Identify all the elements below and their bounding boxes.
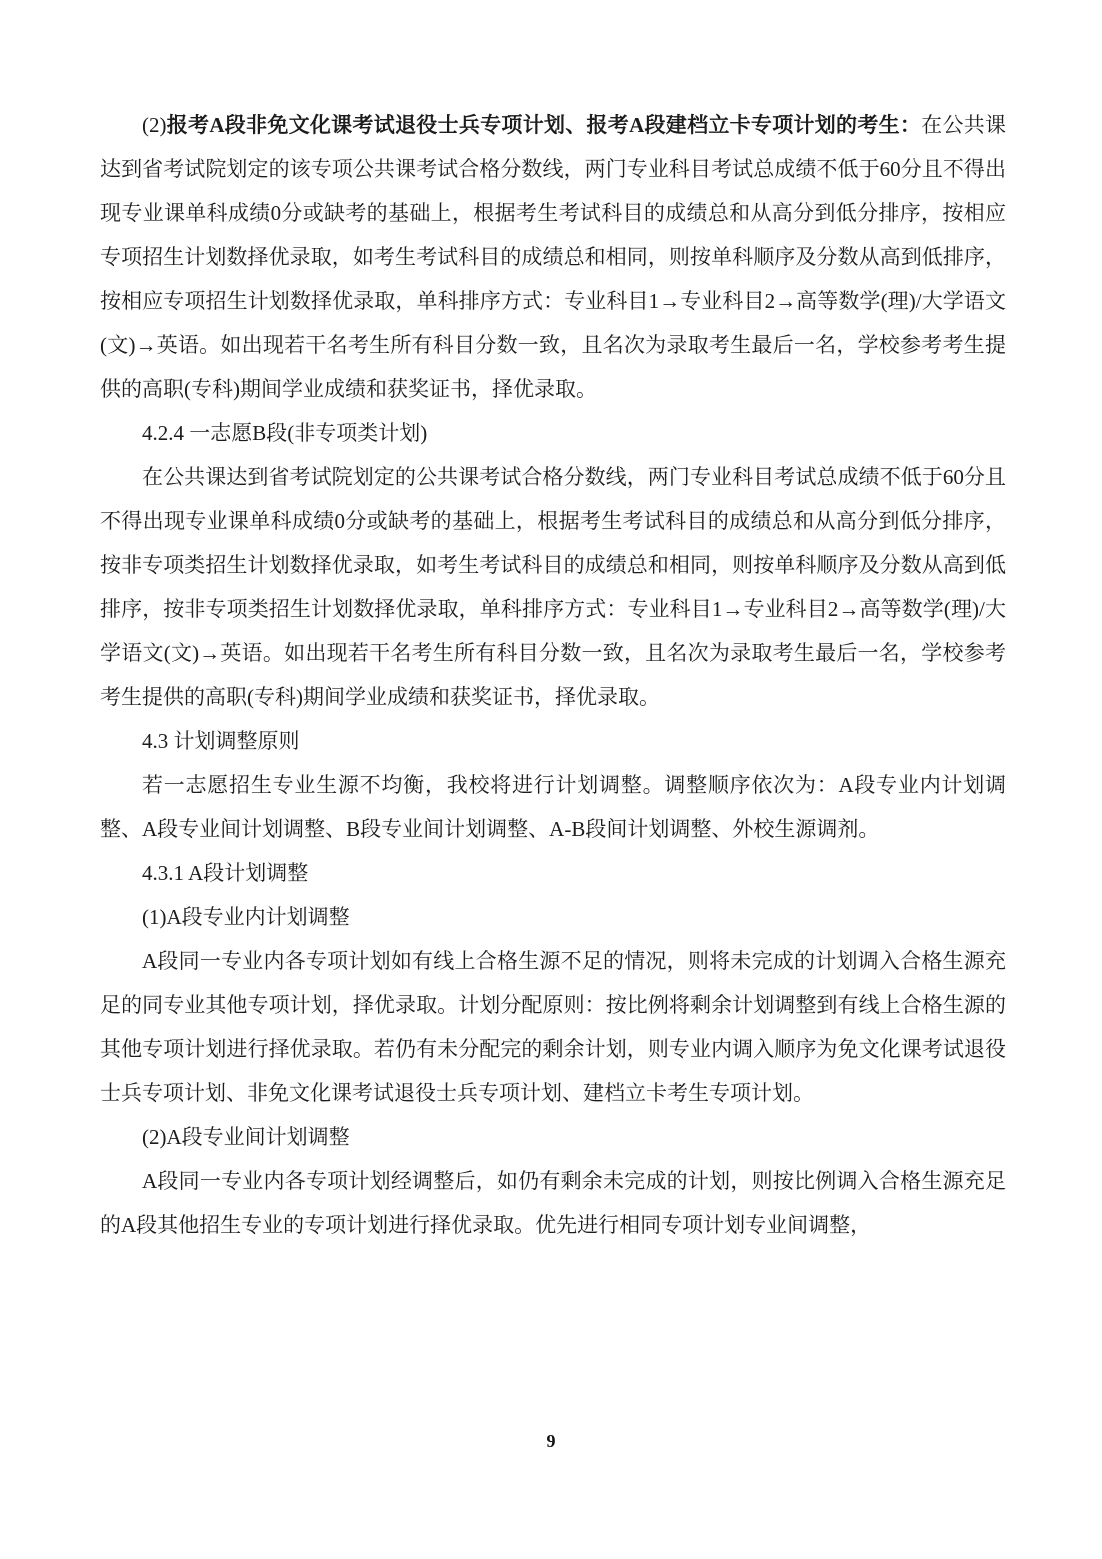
document-page: (2)报考A段非免文化课考试退役士兵专项计划、报考A段建档立卡专项计划的考生：在… [0,0,1102,1559]
sub-item-2-between-majors: (2)A段专业间计划调整 [100,1115,1006,1159]
paragraph-between-major-adjustment: A段同一专业内各专项计划经调整后，如仍有剩余未完成的计划，则按比例调入合格生源充… [100,1159,1006,1247]
section-heading-4-3: 4.3 计划调整原则 [100,719,1006,763]
paragraph-within-major-adjustment: A段同一专业内各专项计划如有线上合格生源不足的情况，则将未完成的计划调入合格生源… [100,939,1006,1115]
paragraph-item-number: (2) [142,113,167,137]
section-heading-4-2-4: 4.2.4 一志愿B段(非专项类计划) [100,411,1006,455]
sub-item-1-within-major: (1)A段专业内计划调整 [100,895,1006,939]
paragraph-plan-adjustment-order: 若一志愿招生专业生源不均衡，我校将进行计划调整。调整顺序依次为：A段专业内计划调… [100,763,1006,851]
paragraph-body-text: 在公共课达到省考试院划定的该专项公共课考试合格分数线，两门专业科目考试总成绩不低… [100,113,1006,401]
section-heading-4-3-1: 4.3.1 A段计划调整 [100,851,1006,895]
document-content: (2)报考A段非免文化课考试退役士兵专项计划、报考A段建档立卡专项计划的考生：在… [100,103,1006,1247]
page-number: 9 [0,1431,1102,1451]
paragraph-b-section-rules: 在公共课达到省考试院划定的公共课考试合格分数线，两门专业科目考试总成绩不低于60… [100,455,1006,719]
paragraph-bold-lead: 报考A段非免文化课考试退役士兵专项计划、报考A段建档立卡专项计划的考生： [167,113,922,137]
paragraph-a-section-candidates: (2)报考A段非免文化课考试退役士兵专项计划、报考A段建档立卡专项计划的考生：在… [100,103,1006,411]
